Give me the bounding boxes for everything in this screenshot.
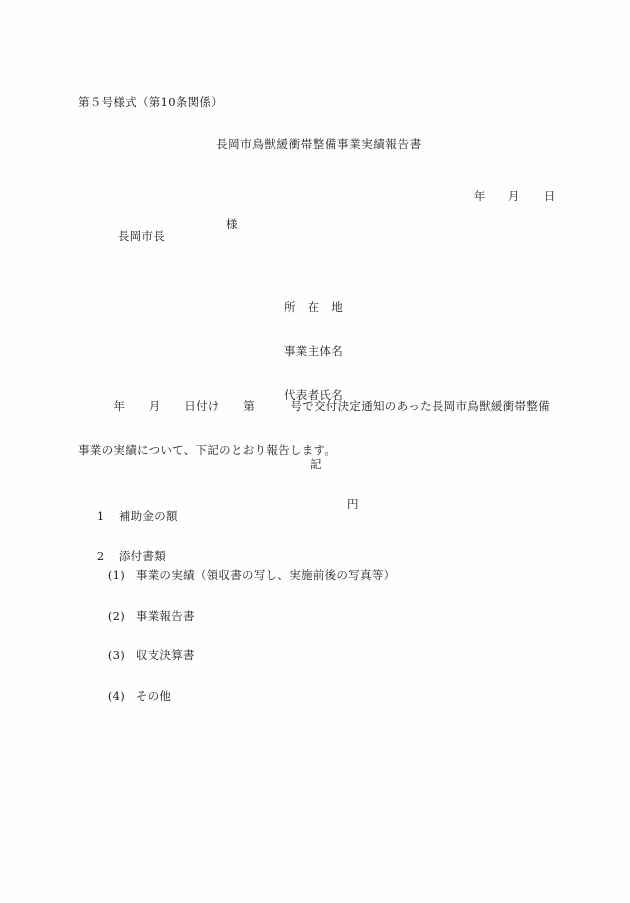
form-number: 第５号様式（第10条関係） [78,97,223,109]
attachment-label: 収支決算書 [136,648,195,662]
attachment-number: (2) [108,611,136,623]
attachment-number: (3) [108,650,136,662]
attachment-number: (4) [108,691,136,703]
item-unit: 円 [347,499,359,511]
applicant-address-label: 所 在 地 [284,302,343,323]
applicant-entity-label: 事業主体名 [284,346,343,367]
attachment-label: 事業の実績（領収書の写し、実施前後の写真等） [136,568,396,582]
attachment-label: その他 [136,689,171,703]
document-page: 第５号様式（第10条関係） 長岡市鳥獣緩衝帯整備事業実績報告書 年月日 長岡市長… [0,0,630,903]
date-field: 年月日 [458,179,556,214]
body-paragraph: 年 月 日付け 第 号で交付決定通知のあった長岡市鳥獣緩衝帯整備 事業の実績につ… [78,378,558,489]
attachment-item: (3)収支決算書 [92,638,195,673]
attachment-number: (1) [108,570,136,582]
date-day-label: 日 [544,191,556,203]
date-month-label: 月 [508,191,544,203]
note-heading: 記 [310,459,322,471]
attachment-item: (2)事業報告書 [92,599,195,634]
item-label: 補助金の額 [119,509,178,523]
addressee-name: 長岡市長 [118,229,165,243]
attachment-item: (1)事業の実績（領収書の写し、実施前後の写真等） [92,558,395,593]
date-year-label: 年 [474,191,508,203]
item-number: 1 [97,511,119,523]
addressee-suffix: 様 [226,219,238,231]
body-line-1: 年 月 日付け 第 号で交付決定通知のあった長岡市鳥獣緩衝帯整備 [78,401,558,422]
document-title: 長岡市鳥獣緩衝帯整備事業実績報告書 [216,139,422,151]
attachment-label: 事業報告書 [136,609,195,623]
addressee: 長岡市長 様 [102,219,165,265]
attachment-item: (4)その他 [92,679,171,714]
